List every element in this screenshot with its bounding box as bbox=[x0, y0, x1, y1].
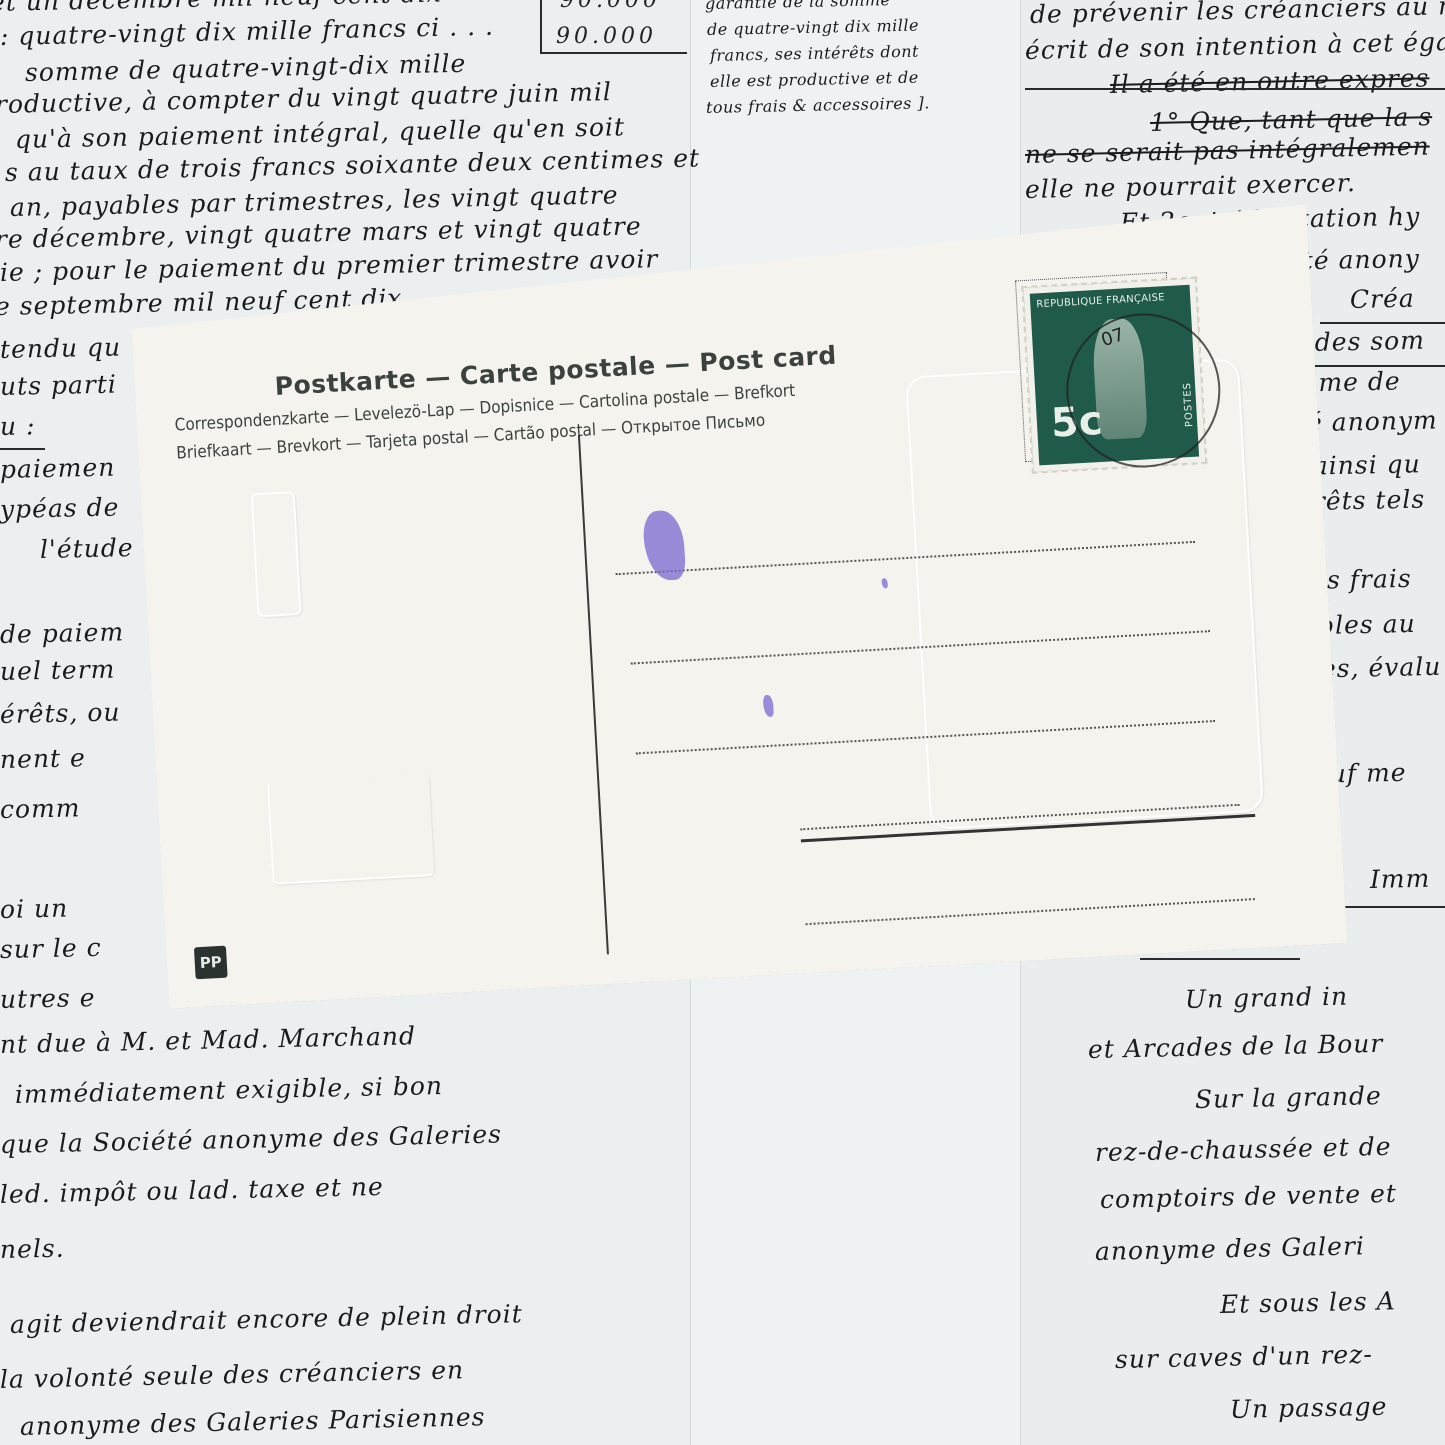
amount-2: 90.000 bbox=[556, 24, 657, 49]
handwritten-line: Sur la grande bbox=[1195, 1081, 1382, 1114]
handwritten-line: Imm bbox=[1370, 864, 1431, 894]
ink-spot bbox=[763, 695, 774, 718]
handwritten-line: nels. bbox=[0, 1234, 65, 1264]
handwritten-line: uel term bbox=[0, 655, 116, 686]
handwritten-line: ypéas de bbox=[0, 493, 120, 524]
embossed-ornament bbox=[251, 491, 302, 617]
handwritten-line: et Arcades de la Bour bbox=[1088, 1029, 1384, 1064]
postcard: Postkarte — Carte postale — Post card Co… bbox=[128, 204, 1347, 1009]
handwritten-line: Un passage bbox=[1230, 1392, 1388, 1424]
handwritten-line: u : bbox=[0, 411, 36, 441]
handwritten-line: érêts, ou bbox=[0, 697, 121, 729]
strike-rule bbox=[1025, 88, 1445, 90]
underline-rule bbox=[1320, 322, 1445, 324]
address-line bbox=[806, 898, 1255, 925]
embossed-ornament bbox=[267, 774, 434, 885]
postcard-divider bbox=[578, 435, 609, 954]
handwritten-line: uts parti bbox=[0, 370, 117, 401]
handwritten-line: oi un bbox=[0, 894, 68, 924]
handwritten-line: Un grand in bbox=[1185, 982, 1349, 1014]
handwritten-line: Créa bbox=[1350, 284, 1415, 314]
handwritten-line: sur le c bbox=[0, 933, 102, 964]
publisher-logo: PP bbox=[194, 946, 228, 980]
amount-1: 90.000 bbox=[560, 0, 661, 13]
handwritten-line: nent e bbox=[0, 743, 86, 774]
handwritten-line: l'étude bbox=[40, 533, 134, 564]
handwritten-line: de paiem bbox=[0, 617, 124, 649]
handwritten-line: tendu qu bbox=[0, 332, 121, 364]
handwritten-line: anonyme des Galeri bbox=[1095, 1231, 1365, 1266]
handwritten-line: Et sous les A bbox=[1220, 1286, 1396, 1319]
handwritten-line: paiemen bbox=[0, 453, 116, 484]
underline-rule bbox=[1140, 958, 1300, 960]
underline-rule bbox=[0, 448, 45, 450]
handwritten-line: comptoirs de vente et bbox=[1100, 1179, 1398, 1214]
underline-rule bbox=[1335, 906, 1445, 908]
handwritten-line: comm bbox=[0, 793, 81, 824]
handwritten-line: utres e bbox=[0, 983, 96, 1014]
handwritten-line: rez-de-chaussée et de bbox=[1095, 1132, 1392, 1167]
handwritten-line: sur caves d'un rez- bbox=[1115, 1340, 1373, 1374]
ink-spot bbox=[881, 578, 888, 588]
stamp-country: REPUBLIQUE FRANÇAISE bbox=[1036, 292, 1165, 310]
